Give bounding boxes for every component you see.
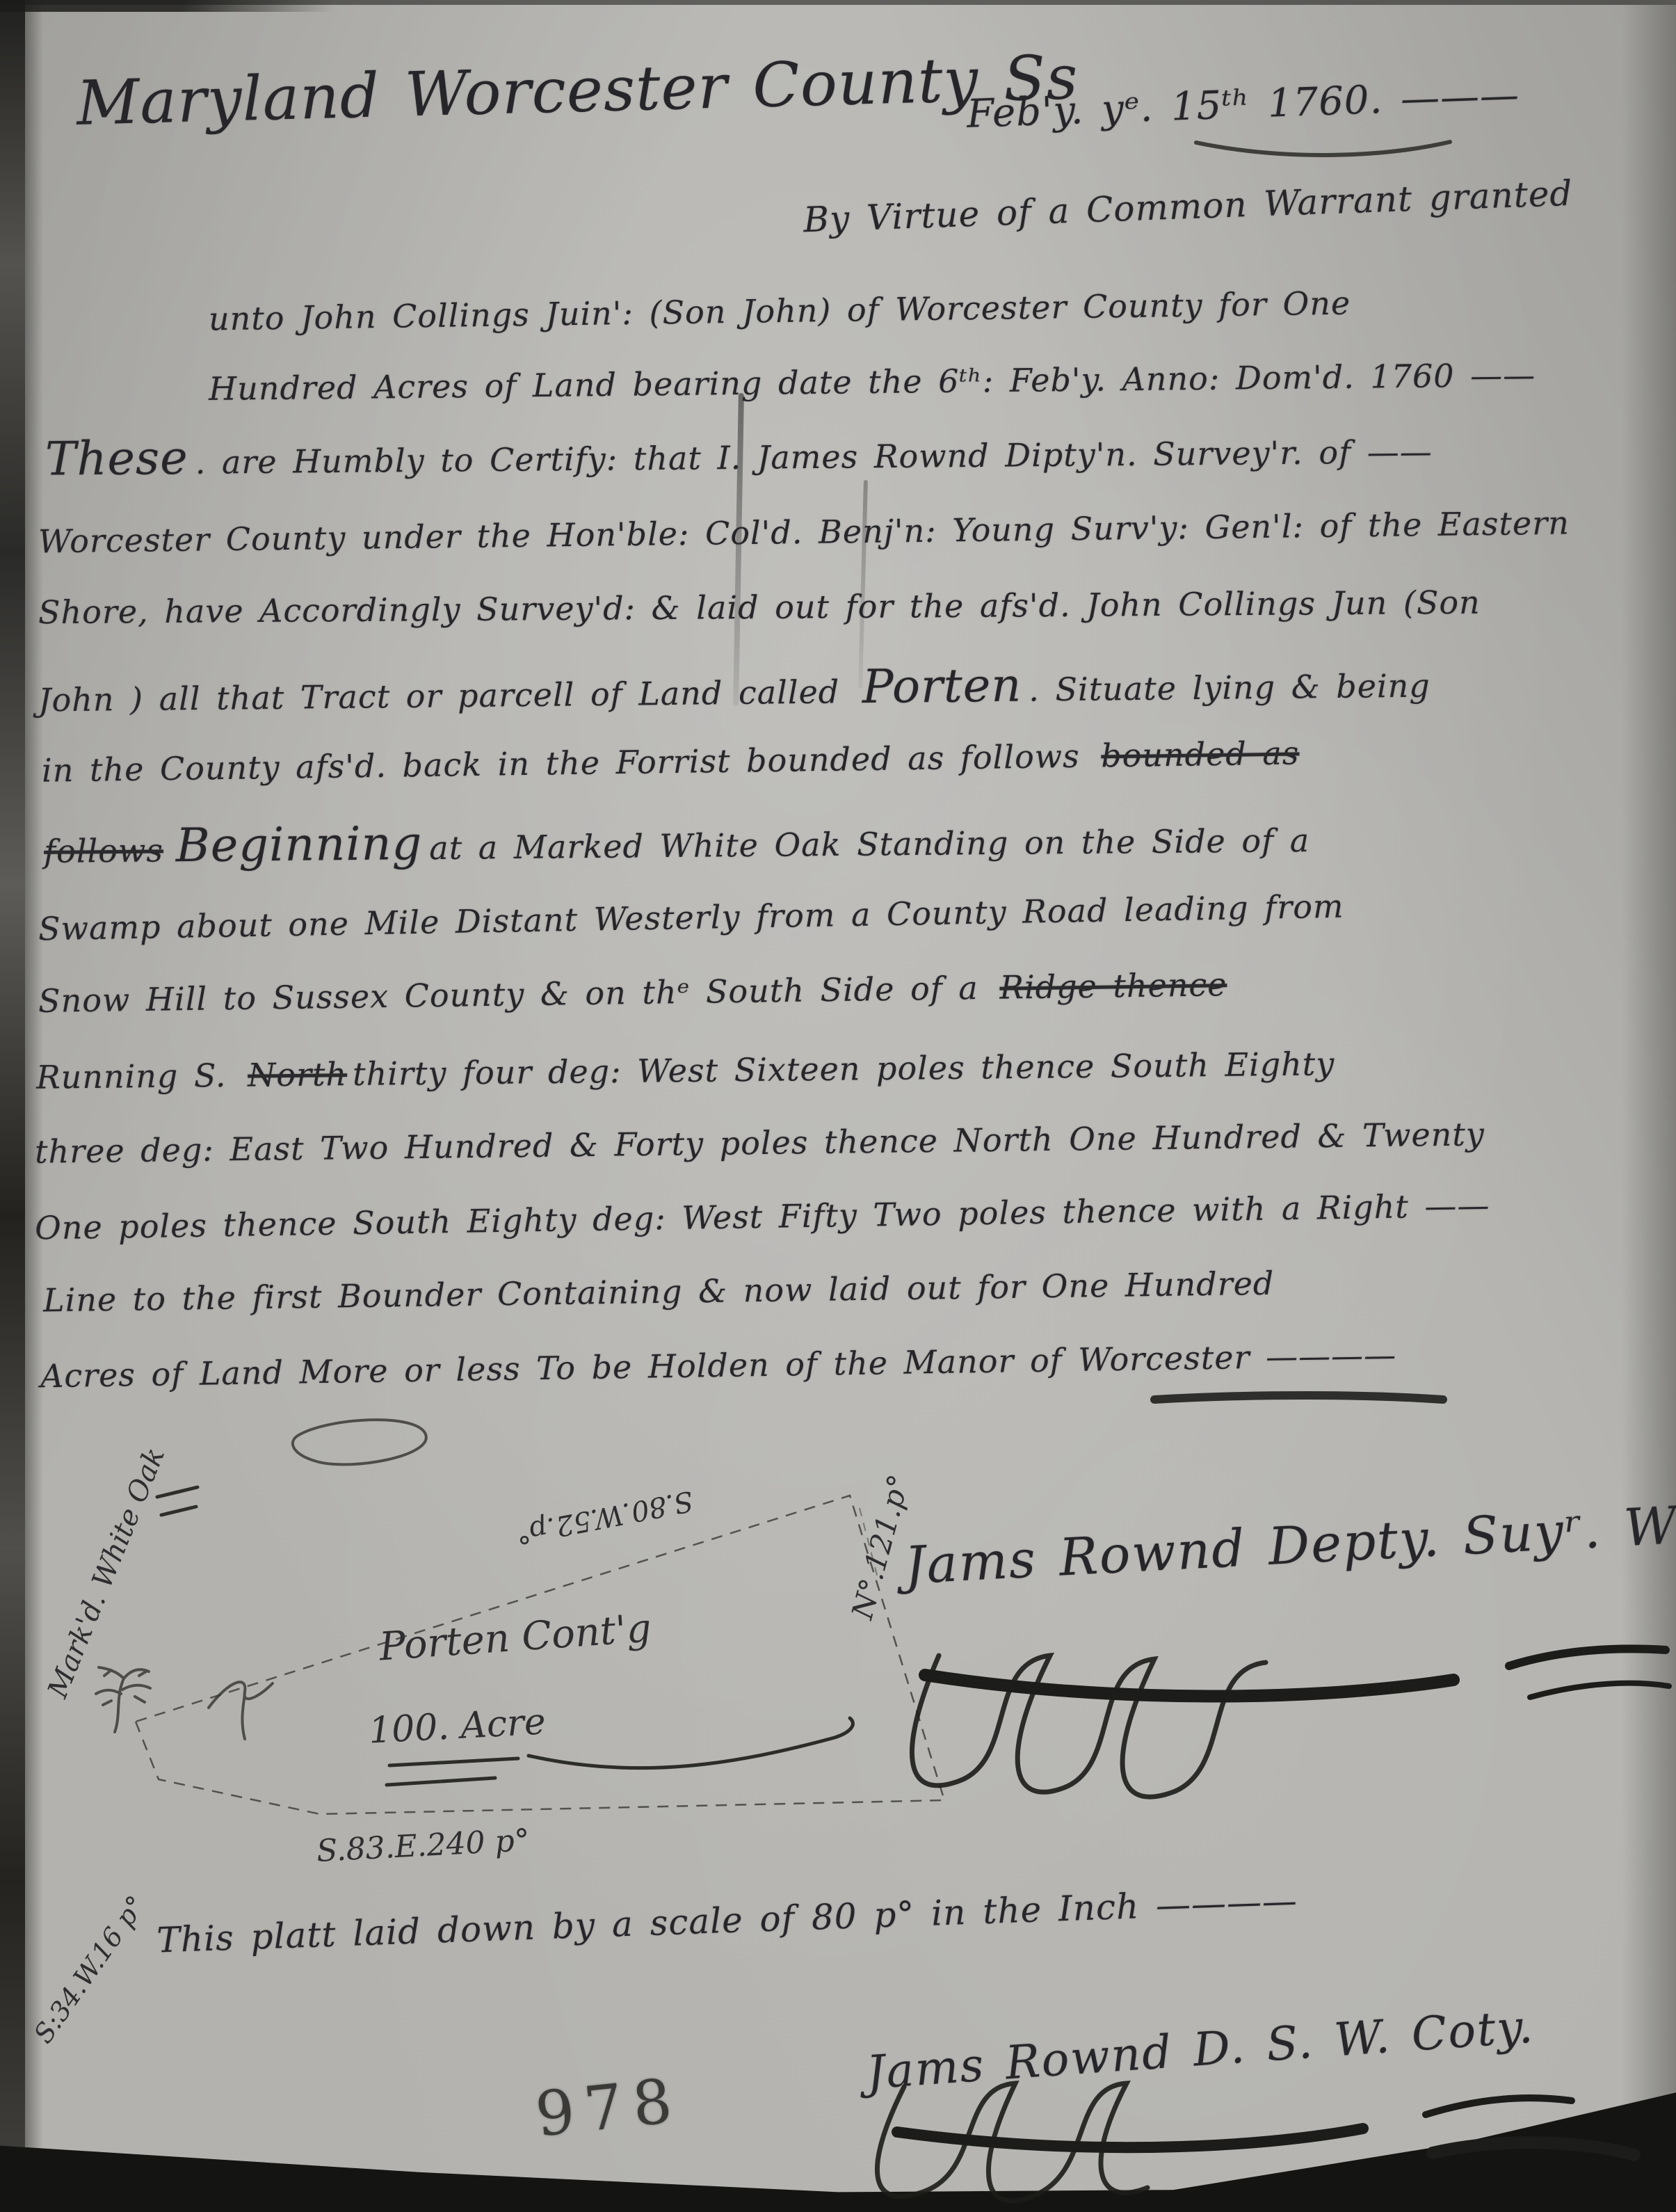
manuscript-line: Swamp about one Mile Distant Westerly fr… <box>38 888 1344 948</box>
manuscript-line: Shore, have Accordingly Survey'd: & laid… <box>38 584 1481 631</box>
signature-secondary: Jams Rownd D. S. W. Coty. <box>864 2000 1536 2100</box>
tract-name-label: Porten Cont'g <box>378 1605 652 1669</box>
line-segment: at a Marked White Oak Standing on the Si… <box>429 822 1310 867</box>
line-segment: Running S. <box>36 1057 243 1096</box>
manuscript-line: followsBeginningat a Marked White Oak St… <box>38 808 1310 874</box>
line-segment: Shore, have Accordingly Survey'd: & laid… <box>38 584 1481 631</box>
manuscript-line: Hundred Acres of Land bearing date the 6… <box>209 356 1536 408</box>
line-segment: One poles thence South Eighty deg: West … <box>35 1187 1490 1247</box>
manuscript-line: Snow Hill to Sussex County & on thᵉ Sout… <box>38 965 1233 1020</box>
struck-text: follows <box>44 831 163 869</box>
document-title: Maryland Worcester County Ss <box>76 41 1079 139</box>
plat-course-bottom-label: S.83.E.240 p° <box>316 1822 531 1869</box>
plat-course-oak-label: S:34.W.16 p° <box>28 1890 152 2049</box>
manuscript-line: These. are Humbly to Certify: that I. Ja… <box>38 419 1433 486</box>
manuscript-line: Running S. Norththirty four deg: West Si… <box>36 1045 1335 1096</box>
scale-note: This platt laid down by a scale of 80 p°… <box>156 1880 1298 1960</box>
manuscript-line: John ) all that Tract or parcell of Land… <box>38 654 1431 723</box>
manuscript-line: Line to the first Bounder Containing & n… <box>43 1265 1275 1320</box>
manuscript-line: unto John Collings Juin': (Son John) of … <box>209 284 1351 338</box>
tract-area-label: 100. Acre <box>368 1701 547 1752</box>
page-number: 978 <box>532 2064 685 2150</box>
line-segment: Hundred Acres of Land bearing date the 6… <box>209 356 1536 408</box>
tract-name-inline: Porten <box>862 658 1022 714</box>
struck-text: Ridge thence <box>999 965 1227 1007</box>
plat-course-top-label: S.80.W.52.p° <box>513 1484 695 1550</box>
struck-text: North <box>248 1055 348 1093</box>
struck-text: bounded as <box>1101 734 1300 774</box>
manuscript-line: three deg: East Two Hundred & Forty pole… <box>35 1115 1485 1170</box>
line-segment: Line to the first Bounder Containing & n… <box>43 1265 1275 1320</box>
oak-label: Mark'd. White Oak <box>42 1443 171 1703</box>
line-segment: Snow Hill to Sussex County & on thᵉ Sout… <box>38 969 994 1020</box>
line-segment: unto John Collings Juin': (Son John) of … <box>209 284 1351 338</box>
line-segment: three deg: East Two Hundred & Forty pole… <box>35 1115 1485 1170</box>
manuscript-line: in the County afs'd. back in the Forrist… <box>42 734 1305 789</box>
line-segment: Acres of Land More or less To be Holden … <box>40 1336 1397 1395</box>
manuscript-line: Acres of Land More or less To be Holden … <box>40 1336 1397 1395</box>
line-segment: . are Humbly to Certify: that I. James R… <box>195 433 1432 481</box>
warrant-line: By Virtue of a Common Warrant granted <box>803 173 1573 241</box>
line-segment: thirty four deg: West Sixteen poles then… <box>353 1045 1335 1093</box>
text-layer: Maryland Worcester County Ss Feb'y. yᵉ. … <box>0 0 1676 2212</box>
manuscript-page: Maryland Worcester County Ss Feb'y. yᵉ. … <box>0 0 1676 2212</box>
line-segment: Swamp about one Mile Distant Westerly fr… <box>38 888 1344 948</box>
line-segment: These <box>45 431 188 486</box>
line-segment: John ) all that Tract or parcell of Land… <box>38 673 855 719</box>
manuscript-line: One poles thence South Eighty deg: West … <box>35 1187 1490 1247</box>
signature-primary: Jams Rownd Depty. Suyʳ. Wor.Coty <box>903 1486 1676 1596</box>
line-segment: in the County afs'd. back in the Forrist… <box>42 737 1096 790</box>
manuscript-line: Worcester County under the Hon'ble: Col'… <box>38 504 1570 561</box>
line-segment: Worcester County under the Hon'ble: Col'… <box>38 504 1570 561</box>
line-segment: Beginning <box>176 816 423 872</box>
line-segment: . Situate lying & being <box>1029 667 1431 709</box>
